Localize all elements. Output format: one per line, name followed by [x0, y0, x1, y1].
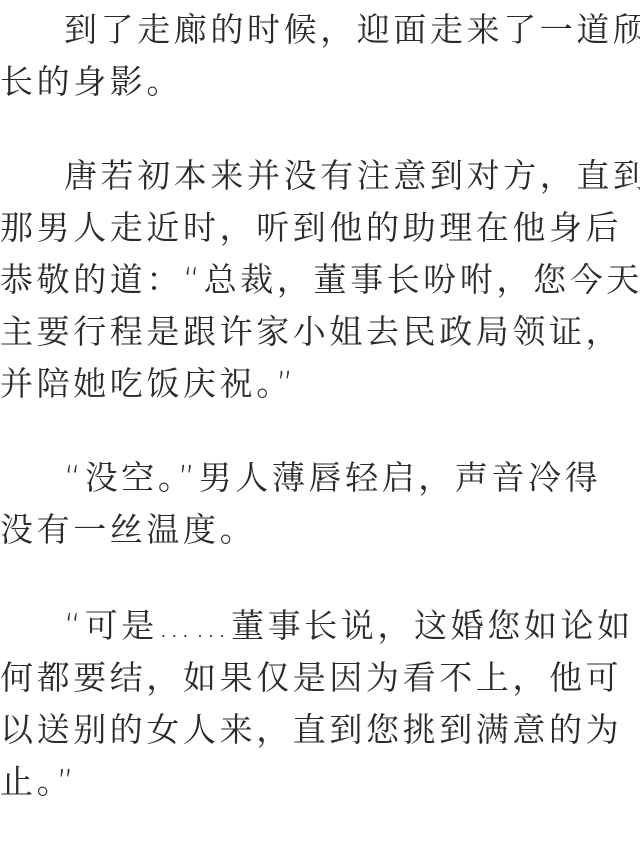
text-line: “可是……董事长说，这婚您如论如: [64, 600, 634, 652]
text-line: 以送别的女人来，直到您挑到满意的为: [0, 704, 622, 756]
text-line: 那男人走近时，听到他的助理在他身后: [0, 202, 622, 254]
text-line: 没有一丝温度。: [0, 504, 256, 556]
text-line: 长的身影。: [0, 56, 183, 108]
text-line: 止。”: [0, 756, 77, 808]
text-line: 到了走廊的时候，迎面走来了一道颀: [64, 4, 640, 56]
text-line: 主要行程是跟许家小姐去民政局领证，: [0, 306, 622, 358]
text-line: 唐若初本来并没有注意到对方，直到: [64, 150, 640, 202]
text-line: 何都要结，如果仅是因为看不上，他可: [0, 652, 622, 704]
text-line: 恭敬的道：“总裁，董事长吩咐，您今天: [0, 254, 640, 306]
text-line: “没空。”男人薄唇轻启，声音冷得: [64, 452, 601, 504]
text-line: 并陪她吃饭庆祝。”: [0, 358, 297, 410]
